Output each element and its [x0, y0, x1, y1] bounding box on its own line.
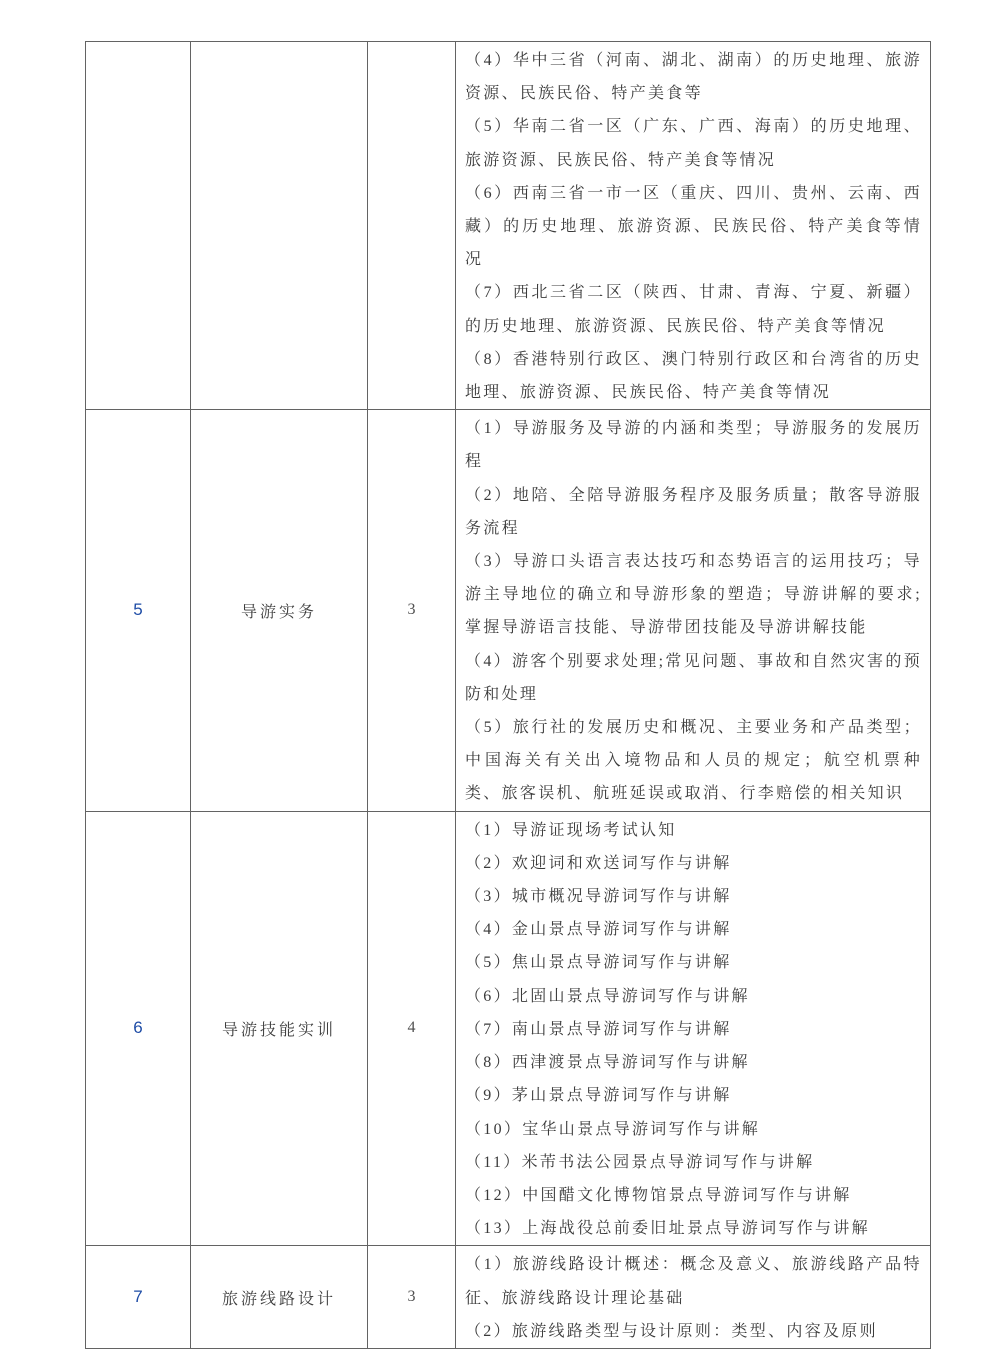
content-line: （6）西南三省一市一区（重庆、四川、贵州、云南、西藏）的历史地理、旅游资源、民族…: [465, 177, 922, 277]
course-name-cell: 导游实务: [191, 410, 368, 811]
course-content-cell: （1）导游服务及导游的内涵和类型；导游服务的发展历程（2）地陪、全陪导游服务程序…: [456, 410, 931, 811]
content-line: （2）欢迎词和欢送词写作与讲解: [465, 847, 922, 880]
content-line: （3）城市概况导游词写作与讲解: [465, 880, 922, 913]
course-name-cell: 导游技能实训: [191, 811, 368, 1246]
content-line: （12）中国醋文化博物馆景点导游词写作与讲解: [465, 1179, 922, 1212]
content-line: （8）西津渡景点导游词写作与讲解: [465, 1046, 922, 1079]
course-content-cell: （1）旅游线路设计概述：概念及意义、旅游线路产品特征、旅游线路设计理论基础（2）…: [456, 1246, 931, 1349]
course-hours-cell: [368, 42, 456, 410]
content-line: （10）宝华山景点导游词写作与讲解: [465, 1113, 922, 1146]
row-number-cell: 5: [86, 410, 191, 811]
course-name-cell: 旅游线路设计: [191, 1246, 368, 1349]
course-name-cell: [191, 42, 368, 410]
content-line: （1）导游服务及导游的内涵和类型；导游服务的发展历程: [465, 412, 922, 478]
content-line: （9）茅山景点导游词写作与讲解: [465, 1079, 922, 1112]
table-row: 5 导游实务 3 （1）导游服务及导游的内涵和类型；导游服务的发展历程（2）地陪…: [86, 410, 931, 811]
table-row: 6 导游技能实训 4 （1）导游证现场考试认知（2）欢迎词和欢送词写作与讲解（3…: [86, 811, 931, 1246]
course-hours-cell: 3: [368, 410, 456, 811]
content-line: （3）导游口头语言表达技巧和态势语言的运用技巧；导游主导地位的确立和导游形象的塑…: [465, 545, 922, 645]
row-number-cell: 7: [86, 1246, 191, 1349]
content-line: （1）旅游线路设计概述：概念及意义、旅游线路产品特征、旅游线路设计理论基础: [465, 1248, 922, 1314]
content-line: （2）旅游线路类型与设计原则：类型、内容及原则: [465, 1315, 922, 1348]
content-line: （5）焦山景点导游词写作与讲解: [465, 946, 922, 979]
content-line: （5）旅行社的发展历史和概况、主要业务和产品类型；中国海关有关出入境物品和人员的…: [465, 711, 922, 811]
course-content-cell: （1）导游证现场考试认知（2）欢迎词和欢送词写作与讲解（3）城市概况导游词写作与…: [456, 811, 931, 1246]
content-line: （2）地陪、全陪导游服务程序及服务质量；散客导游服务流程: [465, 479, 922, 545]
content-line: （4）游客个别要求处理;常见问题、事故和自然灾害的预防和处理: [465, 645, 922, 711]
row-number-cell: 6: [86, 811, 191, 1246]
content-line: （5）华南二省一区（广东、广西、海南）的历史地理、旅游资源、民族民俗、特产美食等…: [465, 110, 922, 176]
course-content-cell: （4）华中三省（河南、湖北、湖南）的历史地理、旅游资源、民族民俗、特产美食等（5…: [456, 42, 931, 410]
content-line: （7）西北三省二区（陕西、甘肃、青海、宁夏、新疆）的历史地理、旅游资源、民族民俗…: [465, 276, 922, 342]
content-line: （4）华中三省（河南、湖北、湖南）的历史地理、旅游资源、民族民俗、特产美食等: [465, 44, 922, 110]
content-line: （13）上海战役总前委旧址景点导游词写作与讲解: [465, 1212, 922, 1245]
content-line: （4）金山景点导游词写作与讲解: [465, 913, 922, 946]
table-row: （4）华中三省（河南、湖北、湖南）的历史地理、旅游资源、民族民俗、特产美食等（5…: [86, 42, 931, 410]
course-hours-cell: 3: [368, 1246, 456, 1349]
content-line: （11）米芾书法公园景点导游词写作与讲解: [465, 1146, 922, 1179]
table-row: 7 旅游线路设计 3 （1）旅游线路设计概述：概念及意义、旅游线路产品特征、旅游…: [86, 1246, 931, 1349]
course-outline-table: （4）华中三省（河南、湖北、湖南）的历史地理、旅游资源、民族民俗、特产美食等（5…: [85, 41, 931, 1349]
content-line: （1）导游证现场考试认知: [465, 814, 922, 847]
row-number-cell: [86, 42, 191, 410]
content-line: （7）南山景点导游词写作与讲解: [465, 1013, 922, 1046]
content-line: （8）香港特别行政区、澳门特别行政区和台湾省的历史地理、旅游资源、民族民俗、特产…: [465, 343, 922, 409]
content-line: （6）北固山景点导游词写作与讲解: [465, 980, 922, 1013]
course-hours-cell: 4: [368, 811, 456, 1246]
